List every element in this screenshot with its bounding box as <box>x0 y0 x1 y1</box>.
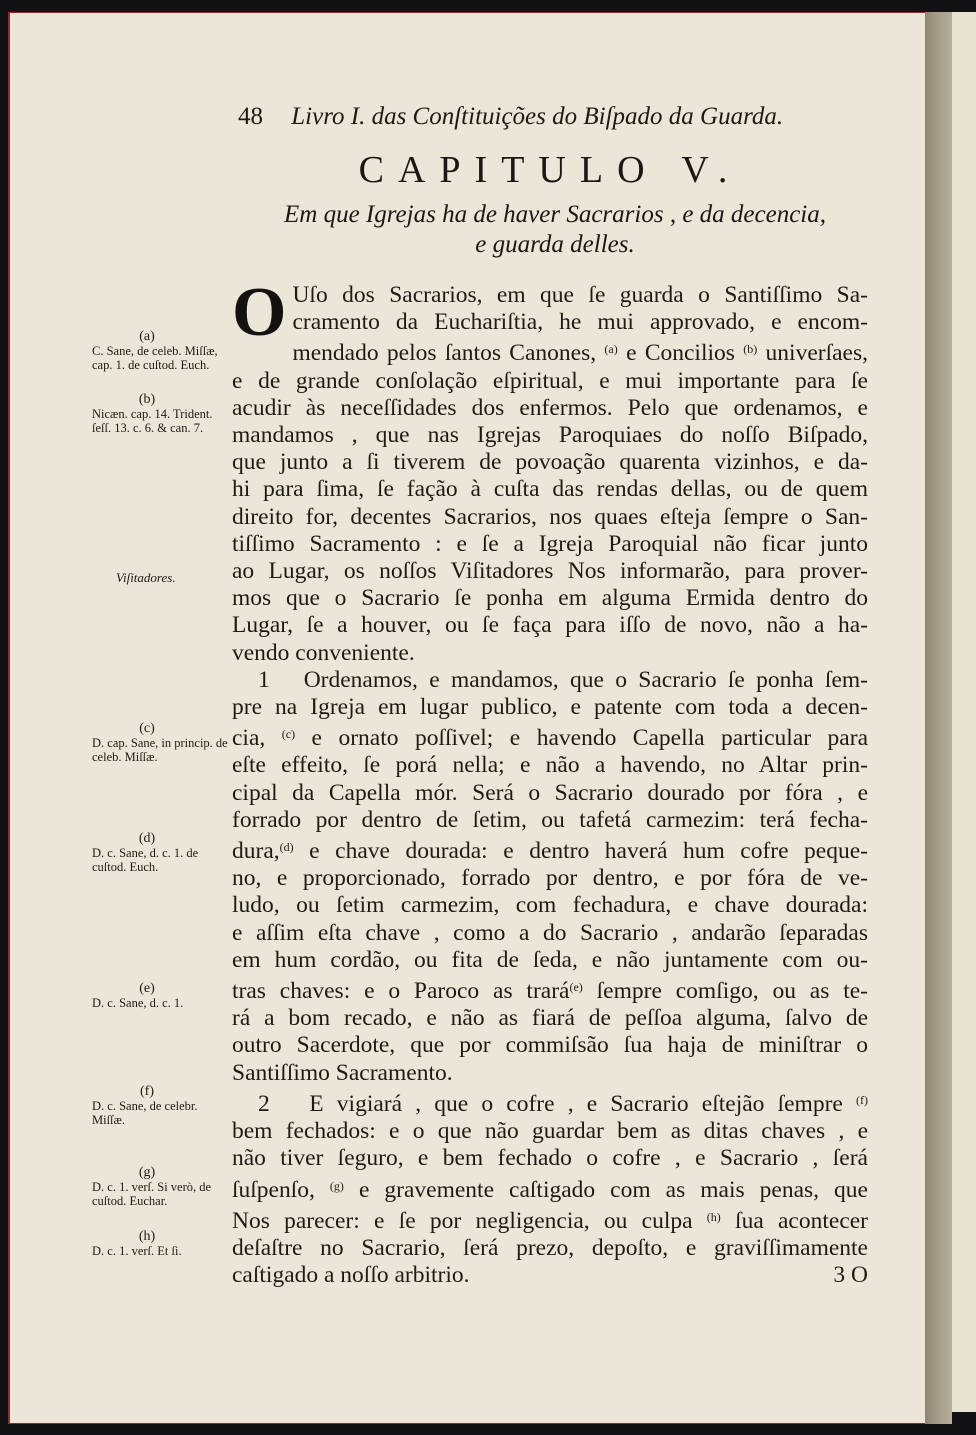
text-line: e de grande conſolação eſpiritual, e mui… <box>232 368 868 395</box>
text-segment: E vigiará , que o cofre , e Sacrario eſt… <box>309 1091 856 1117</box>
chapter-subtitle: Em que Igrejas ha de haver Sacrarios , e… <box>230 200 880 260</box>
footnote-ref-g[interactable]: (g) <box>330 1179 344 1193</box>
text-segment: tras chaves: e o Paroco as trará <box>232 978 569 1004</box>
text-segment: caſtigado a noſſo arbitrio. <box>232 1262 470 1288</box>
text-line: em hum cordão, ou fita de ſeda, e não ju… <box>232 947 868 974</box>
text-line: que junto a ſi tiverem de povoação quare… <box>232 449 868 476</box>
page-number: 48 <box>238 103 263 130</box>
subtitle-line-2: e guarda delles. <box>230 230 880 260</box>
footnote-ref-d[interactable]: (d) <box>280 840 294 854</box>
text-line: hi para ſima, ſe fação à cuſta das renda… <box>232 476 868 503</box>
intro-paragraph: O Uſo dos Sacrarios, em que ſe guarda o … <box>232 282 868 667</box>
margin-label-visitadores: Viſitadores. <box>116 570 176 586</box>
footnote-ref-h[interactable]: (h) <box>707 1210 721 1224</box>
note-mark: (h) <box>92 1230 202 1244</box>
margin-note-e: (e) D. c. Sane, d. c. 1. <box>92 982 232 1010</box>
text-line: tras chaves: e o Paroco as trará(e) ſemp… <box>232 974 868 1005</box>
text-line: 1 Ordenamos, e mandamos, que o Sacrario … <box>232 667 868 694</box>
margin-note-h: (h) D. c. 1. verſ. Et ſi. <box>92 1230 232 1258</box>
text-segment: Ordenamos, e mandamos, que o Sacrario ſe… <box>304 667 868 693</box>
text-line: direito for, decentes Sacrarios, nos qua… <box>232 504 868 531</box>
note-text: D. c. Sane, de celebr. Miſſæ. <box>92 1099 232 1127</box>
facing-page-edge <box>952 12 976 1412</box>
text-line: Lugar, ſe a houver, ou ſe faça para iſſo… <box>232 612 868 639</box>
text-line: Santiſſimo Sacramento. <box>232 1060 868 1087</box>
margin-note-a: (a) C. Sane, de celeb. Miſſæ, cap. 1. de… <box>92 330 232 372</box>
text-line: Nos parecer: e ſe por negligencia, ou cu… <box>232 1204 868 1235</box>
paragraph-number: 2 <box>258 1091 270 1117</box>
footnote-ref-a[interactable]: (a) <box>604 342 617 356</box>
footnote-ref-b[interactable]: (b) <box>743 342 757 356</box>
note-mark: (b) <box>92 393 202 407</box>
margin-note-c: (c) D. cap. Sane, in princip. de celeb. … <box>92 722 232 764</box>
text-line: vendo conveniente. <box>232 640 868 667</box>
footnote-ref-c[interactable]: (c) <box>282 727 295 741</box>
text-line: forrado por dentro de ſetim, ou tafetá c… <box>232 807 868 834</box>
text-line: acudir às neceſſidades dos enfermos. Pel… <box>232 395 868 422</box>
paragraph-1: 1 Ordenamos, e mandamos, que o Sacrario … <box>232 667 868 1087</box>
text-segment: e gravemente caſtigado com as mais penas… <box>344 1177 868 1203</box>
text-line: cipal da Capella mór. Será o Sacrario do… <box>232 780 868 807</box>
note-text: D. cap. Sane, in princip. de celeb. Miſſ… <box>92 736 232 764</box>
text-line: deſaſtre no Sacrario, ſerá prezo, depoſt… <box>232 1235 868 1262</box>
text-line: tiſſimo Sacramento : e ſe a Igreja Paroq… <box>232 531 868 558</box>
drop-cap: O <box>232 284 286 342</box>
text-segment: dura, <box>232 838 280 864</box>
text-segment: e ornato poſſivel; e havendo Capella par… <box>295 725 868 751</box>
text-line: ſuſpenſo, (g) e gravemente caſtigado com… <box>232 1173 868 1204</box>
text-segment: e Concilios <box>618 340 743 366</box>
text-segment: univerſaes, <box>757 340 868 366</box>
text-segment: ſempre comſigo, ou as te- <box>583 978 868 1004</box>
text-line: e aſſim eſta chave , como a do Sacrario … <box>232 920 868 947</box>
note-mark: (a) <box>92 330 202 344</box>
note-mark: (c) <box>92 722 202 736</box>
subtitle-line-1: Em que Igrejas ha de haver Sacrarios , e… <box>230 200 880 230</box>
text-line: rá a bom recado, e não as fiará de peſſo… <box>232 1005 868 1032</box>
note-text: D. c. Sane, d. c. 1. de cuſtod. Euch. <box>92 846 232 874</box>
text-segment: e chave dourada: e dentro haverá hum cof… <box>294 838 868 864</box>
running-head: 48 Livro I. das Conſtituições do Biſpado… <box>238 103 858 131</box>
book-gutter-shadow <box>925 12 952 1424</box>
note-mark: (d) <box>92 832 202 846</box>
note-mark: (f) <box>92 1085 202 1099</box>
note-text: C. Sane, de celeb. Miſſæ, cap. 1. de cuſ… <box>92 344 232 372</box>
paragraph-number: 1 <box>258 667 270 693</box>
text-line: ludo, ou ſetim carmezim, com fechadura, … <box>232 892 868 919</box>
text-segment: mendado pelos ſantos Canones, <box>292 340 604 366</box>
note-mark: (e) <box>92 982 202 996</box>
text-segment: cia, <box>232 725 282 751</box>
text-line: ao Lugar, os noſſos Viſitadores Nos info… <box>232 558 868 585</box>
text-line: não tiver ſeguro, e bem fechado o cofre … <box>232 1145 868 1172</box>
footnote-ref-f[interactable]: (f) <box>856 1093 868 1107</box>
margin-note-g: (g) D. c. 1. verſ. Si verò, de cuſtod. E… <box>92 1166 232 1208</box>
text-line: mos que o Sacrario ſe ponha em alguma Er… <box>232 585 868 612</box>
text-line: caſtigado a noſſo arbitrio.3 O <box>232 1262 868 1289</box>
text-segment: Nos parecer: e ſe por negligencia, ou cu… <box>232 1208 707 1234</box>
text-line: bem fechados: e o que não guardar bem as… <box>232 1118 868 1145</box>
text-line: Uſo dos Sacrarios, em que ſe guarda o Sa… <box>232 282 868 309</box>
text-line: cia, (c) e ornato poſſivel; e havendo Ca… <box>232 721 868 752</box>
text-line: mandamos , que nas Igrejas Paroquiaes do… <box>232 422 868 449</box>
footnote-ref-e[interactable]: (e) <box>569 980 582 994</box>
running-title: Livro I. das Conſtituições do Biſpado da… <box>291 103 783 130</box>
catchword: 3 O <box>833 1262 868 1289</box>
text-line: cramento da Euchariſtia, he mui approvad… <box>232 309 868 336</box>
text-line: pre na Igreja em lugar publico, e patent… <box>232 694 868 721</box>
margin-note-b: (b) Nicæn. cap. 14. Trident. ſeſſ. 13. c… <box>92 393 232 435</box>
text-line: no, e proporcionado, forrado por dentro,… <box>232 865 868 892</box>
note-text: D. c. 1. verſ. Et ſi. <box>92 1244 232 1258</box>
chapter-heading: CAPITULO V. <box>230 148 870 192</box>
text-line: outro Sacerdote, que por commiſsão ſua h… <box>232 1032 868 1059</box>
note-text: D. c. Sane, d. c. 1. <box>92 996 232 1010</box>
margin-note-d: (d) D. c. Sane, d. c. 1. de cuſtod. Euch… <box>92 832 232 874</box>
margin-note-f: (f) D. c. Sane, de celebr. Miſſæ. <box>92 1085 232 1127</box>
text-line: 2 E vigiará , que o cofre , e Sacrario e… <box>232 1087 868 1118</box>
text-segment: ſuſpenſo, <box>232 1177 330 1203</box>
note-text: D. c. 1. verſ. Si verò, de cuſtod. Eucha… <box>92 1180 232 1208</box>
note-text: Nicæn. cap. 14. Trident. ſeſſ. 13. c. 6.… <box>92 407 232 435</box>
text-line: dura,(d) e chave dourada: e dentro haver… <box>232 834 868 865</box>
main-text: O Uſo dos Sacrarios, em que ſe guarda o … <box>232 282 868 1289</box>
paragraph-2: 2 E vigiará , que o cofre , e Sacrario e… <box>232 1087 868 1289</box>
text-line: mendado pelos ſantos Canones, (a) e Conc… <box>232 336 868 367</box>
text-segment: ſua acontecer <box>721 1208 868 1234</box>
note-mark: (g) <box>92 1166 202 1180</box>
text-line: eſte effeito, ſe porá nella; e não a hav… <box>232 752 868 779</box>
